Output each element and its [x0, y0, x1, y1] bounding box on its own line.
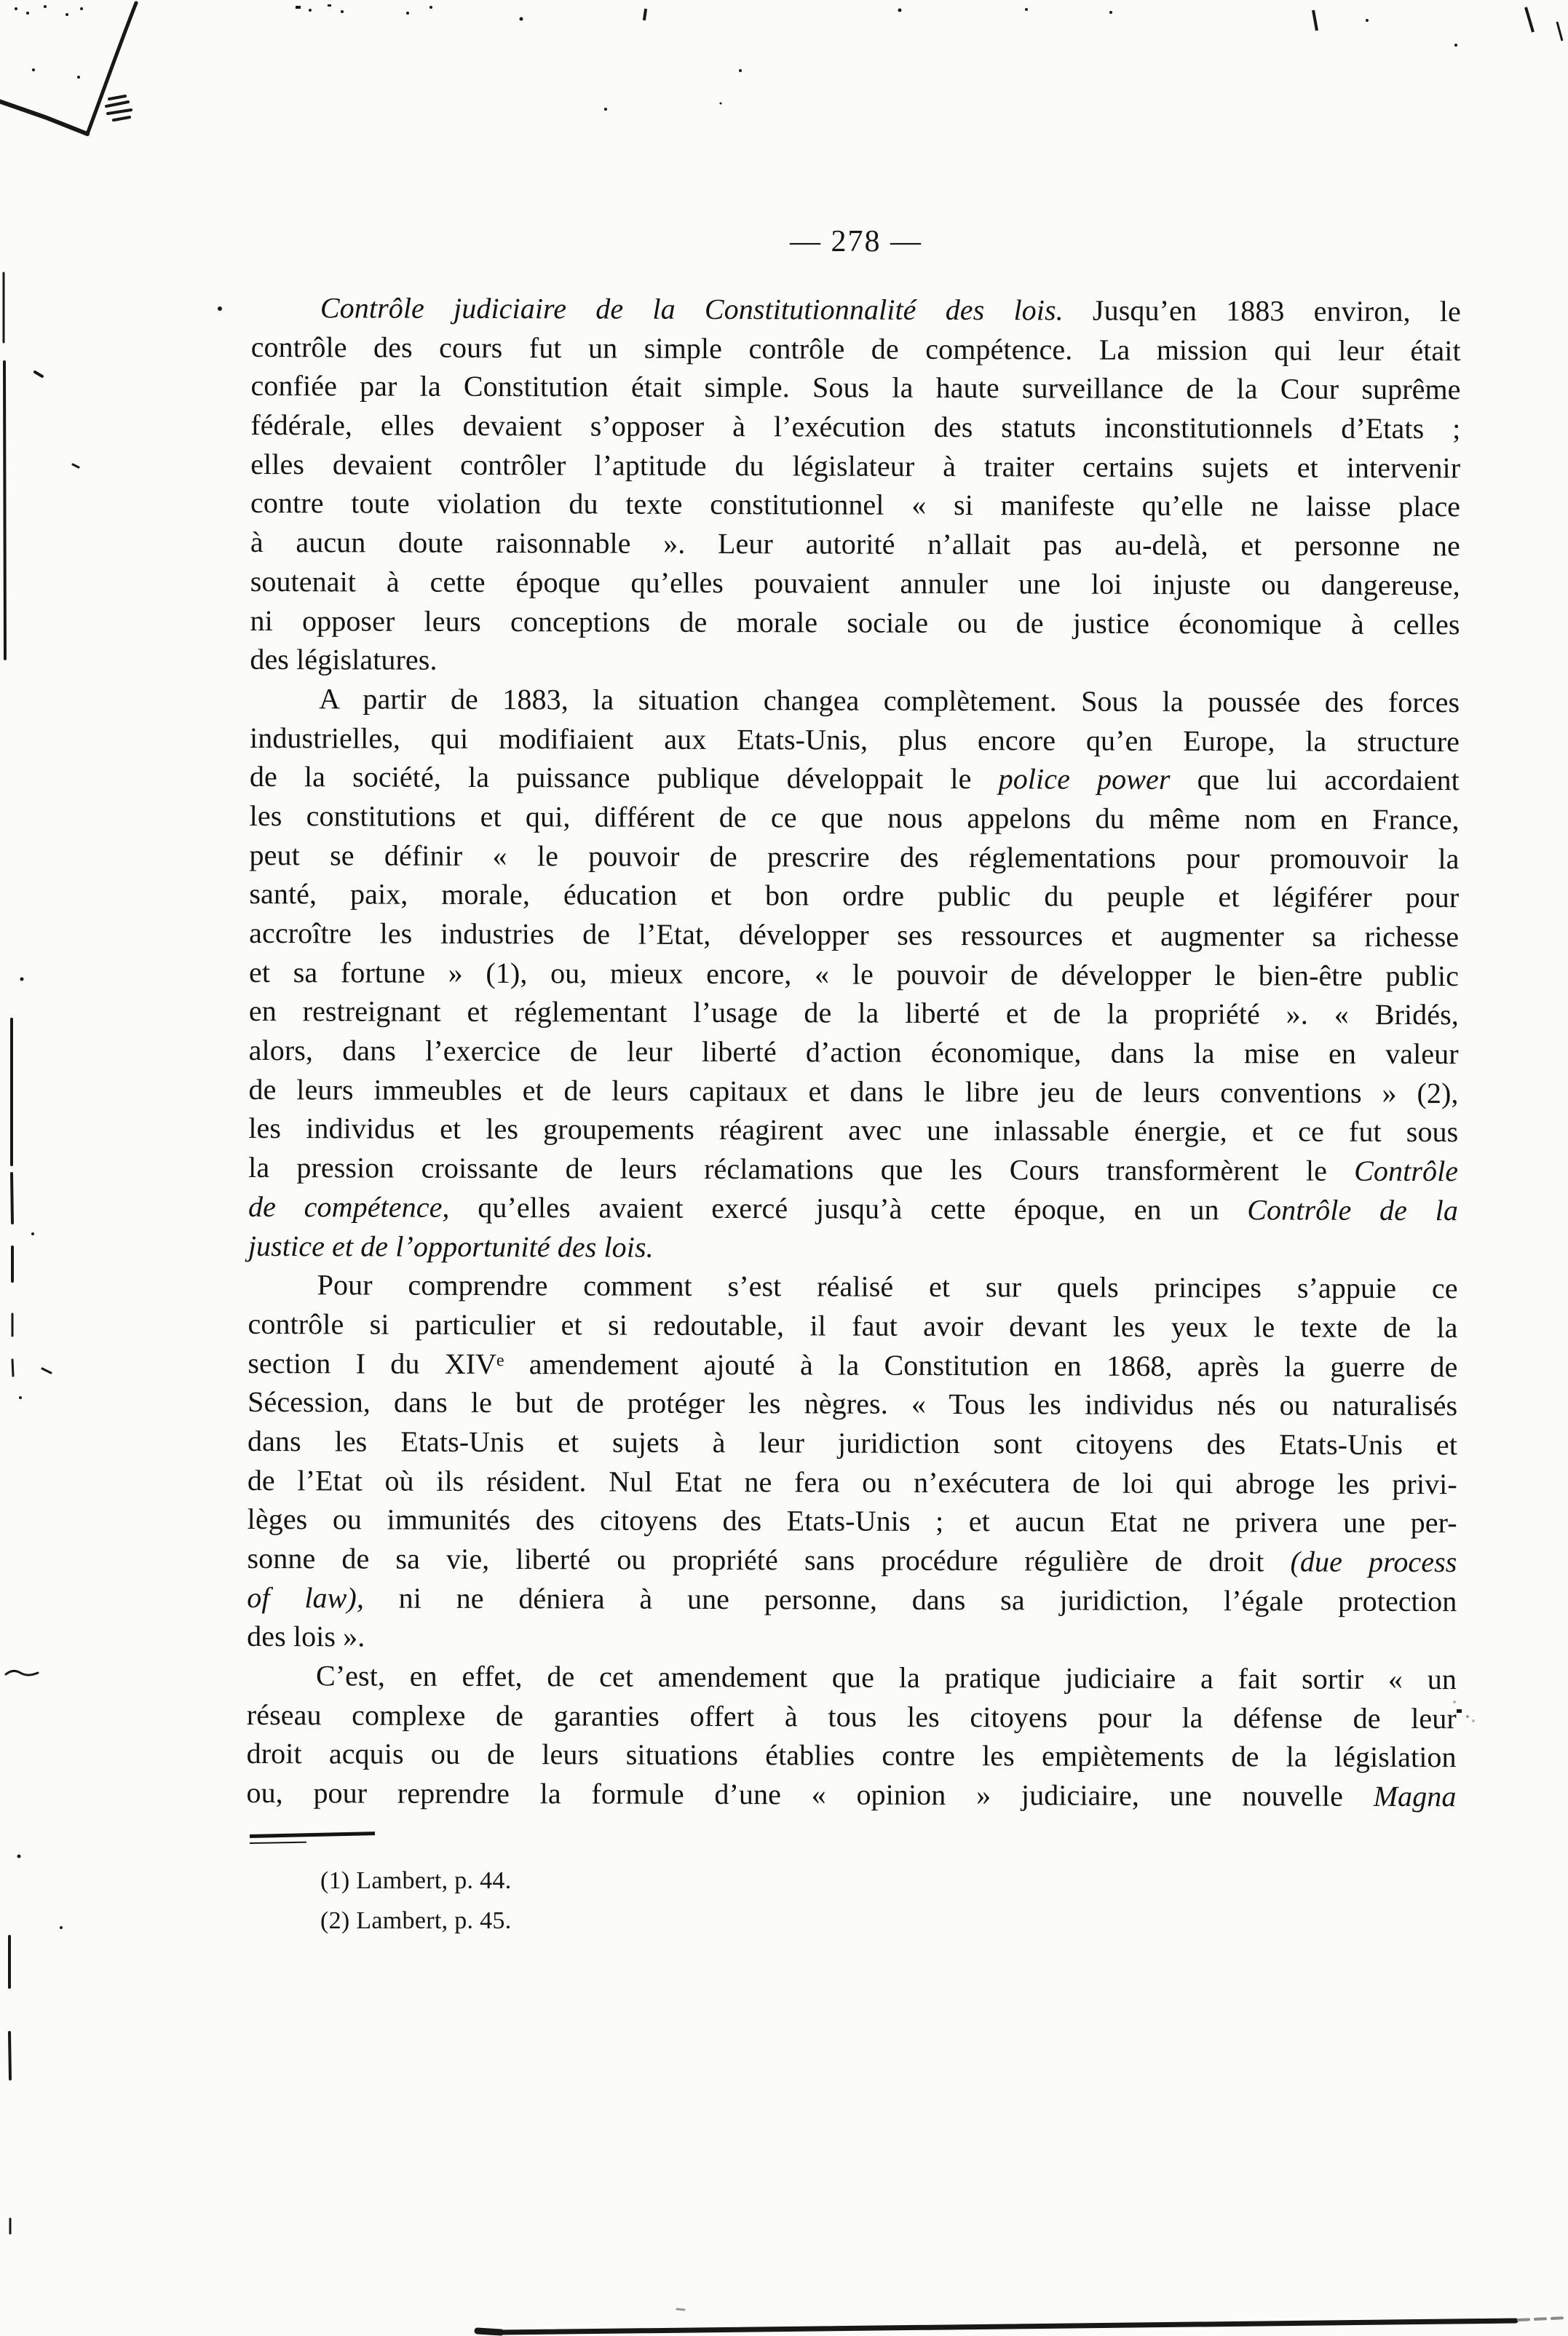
- text-line: ou, pour reprendre la formule d’une « op…: [246, 1773, 1456, 1816]
- text-line: à aucun doute raisonnable ». Leur autori…: [250, 523, 1460, 566]
- text-line: réseau complexe de garanties offert à to…: [247, 1695, 1457, 1738]
- text-line: en restreignant et réglementant l’usage …: [249, 991, 1459, 1034]
- page-number: — 278 —: [251, 224, 1461, 259]
- text-line: Pour comprendre comment s’est réalisé et…: [248, 1265, 1458, 1308]
- text-line: et sa fortune » (1), ou, mieux encore, «…: [249, 953, 1459, 996]
- body-text: Contrôle judiciaire de la Constitutionna…: [246, 288, 1461, 1816]
- text-line: of law), ni ne déniera à une personne, d…: [247, 1578, 1457, 1621]
- text-line: de l’Etat où ils résident. Nul Etat ne f…: [248, 1461, 1457, 1504]
- text-line: contrôle si particulier et si redoutable…: [248, 1304, 1457, 1347]
- text-line: des législatures.: [250, 640, 1460, 683]
- dust-specks-artifact: [15, 4, 1562, 311]
- text-line: droit acquis ou de leurs situations étab…: [247, 1734, 1457, 1777]
- text-line: A partir de 1883, la situation changea c…: [250, 679, 1460, 722]
- pencil-checkmark-artifact: [0, 3, 136, 134]
- text-line: lèges ou immunités des citoyens des Etat…: [248, 1500, 1457, 1543]
- text-line: alors, dans l’exercice de leur liberté d…: [249, 1031, 1459, 1074]
- text-line: ni opposer leurs conceptions de morale s…: [250, 601, 1460, 644]
- text-line: Sécession, dans le but de protéger les n…: [248, 1382, 1457, 1425]
- text-line: soutenait à cette époque qu’elles pouvai…: [250, 562, 1460, 605]
- text-line: industrielles, qui modifiaient aux Etats…: [250, 718, 1460, 761]
- text-line: confiée par la Constitution était simple…: [250, 366, 1460, 409]
- text-line: justice et de l’opportunité des lois.: [248, 1226, 1458, 1269]
- text-line: dans les Etats-Unis et sujets à leur jur…: [248, 1422, 1457, 1465]
- scanned-page: — 278 — Contrôle judiciaire de la Consti…: [0, 0, 1568, 2336]
- footnotes: (1) Lambert, p. 44.(2) Lambert, p. 45.: [251, 1861, 1461, 1941]
- text-line: de compétence, qu’elles avaient exercé j…: [248, 1187, 1458, 1230]
- text-line: fédérale, elles devaient s’opposer à l’e…: [250, 405, 1460, 448]
- footnote-item: (1) Lambert, p. 44.: [251, 1861, 1461, 1901]
- text-line: les constitutions et qui, différent de c…: [250, 796, 1460, 839]
- text-line: Contrôle judiciaire de la Constitutionna…: [251, 288, 1461, 331]
- footnote-separator: [250, 1832, 375, 1838]
- text-line: santé, paix, morale, éducation et bon or…: [249, 874, 1459, 917]
- gutter-shadow-artifact: [4, 273, 79, 2233]
- page-edge-artifact: [478, 2309, 1565, 2332]
- text-line: accroître les industries de l’Etat, déve…: [249, 914, 1459, 957]
- text-line: section I du XIVᵉ amendement ajouté à la…: [248, 1344, 1457, 1387]
- text-line: la pression croissante de leurs réclamat…: [248, 1148, 1458, 1191]
- text-line: sonne de sa vie, liberté ou propriété sa…: [247, 1539, 1457, 1582]
- text-line: elles devaient contrôler l’aptitude du l…: [250, 445, 1460, 488]
- footnote-item: (2) Lambert, p. 45.: [251, 1901, 1461, 1941]
- text-line: de la société, la puissance publique dév…: [250, 757, 1460, 800]
- text-line: peut se définir « le pouvoir de prescrir…: [249, 836, 1459, 879]
- text-line: contre toute violation du texte constitu…: [250, 483, 1460, 526]
- text-line: C’est, en effet, de cet amendement que l…: [247, 1656, 1457, 1699]
- text-line: des lois ».: [247, 1617, 1457, 1660]
- text-line: contrôle des cours fut un simple contrôl…: [251, 328, 1461, 371]
- footnote-separator-echo: [250, 1842, 306, 1844]
- text-line: les individus et les groupements réagire…: [248, 1109, 1458, 1152]
- text-line: de leurs immeubles et de leurs capitaux …: [248, 1070, 1458, 1113]
